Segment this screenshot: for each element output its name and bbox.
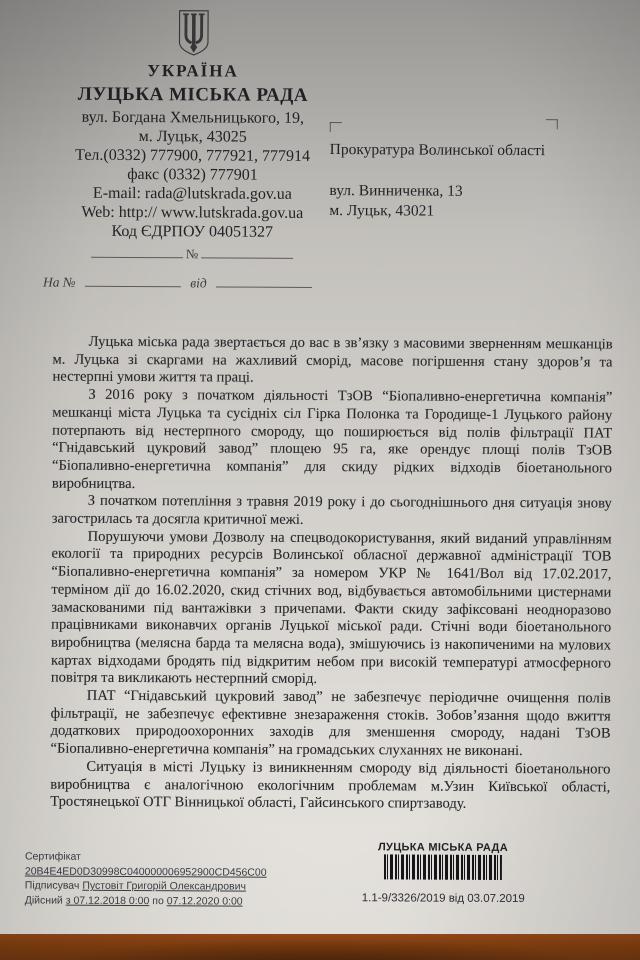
photographed-document: УКРАЇНА ЛУЦЬКА МІСЬКА РАДА вул. Богдана …	[0, 0, 640, 960]
paragraph: З початком потепління з травня 2019 року…	[52, 493, 612, 531]
letterhead-email: E-mail: rada@lutskrada.gov.ua	[29, 183, 355, 204]
letterhead-edrpou: Код ЄДРПОУ 04051327	[29, 221, 355, 242]
from-label: від	[190, 275, 207, 290]
organization-name: ЛУЦЬКА МІСЬКА РАДА	[30, 83, 356, 107]
signer-name: Пустовіт Григорій Олександрович	[82, 880, 246, 893]
paragraph: ПАТ “Гнідавський цукровий завод” не забе…	[50, 688, 610, 762]
paragraph: Порушуючи умови Дозволу на спецводокорис…	[51, 528, 612, 690]
certificate-number: 20B4E4ED0D30998C040000006952900CD456C00	[25, 864, 267, 880]
letter-body: Луцька міська рада звертається до вас в …	[50, 334, 612, 815]
signer-line: Підписувач Пустовіт Григорій Олександров…	[25, 878, 267, 894]
letterhead: УКРАЇНА ЛУЦЬКА МІСЬКА РАДА вул. Богдана …	[29, 8, 356, 292]
barcode	[384, 854, 502, 880]
paragraph: Луцька міська рада звертається до вас в …	[52, 334, 612, 390]
blank-line	[91, 246, 183, 258]
letterhead-street: вул. Богдана Хмельницького, 19,	[30, 107, 356, 128]
signer-label: Підписувач	[25, 879, 80, 891]
registration-number: 1.1-9/3326/2019 від 03.07.2019	[358, 892, 528, 905]
crop-mark-right-icon	[546, 119, 558, 129]
recipient-street: вул. Винниченка, 13	[329, 181, 565, 202]
valid-from: з 07.12.2018 0:00	[66, 894, 150, 906]
certificate-label: Сертифікат	[25, 849, 267, 865]
registration-stamp: ЛУЦЬКА МІСЬКА РАДА 1.1-9/3326/2019 від 0…	[358, 841, 528, 905]
blank-line	[202, 246, 294, 258]
recipient-city: м. Луцьк, 43021	[329, 201, 565, 222]
recipient-block: Прокуратура Волинської області вул. Винн…	[329, 118, 566, 222]
country-name: УКРАЇНА	[30, 60, 356, 82]
valid-label: Дійсний	[25, 894, 63, 906]
paragraph: З 2016 року з початком діяльності ТзОВ “…	[52, 387, 613, 496]
validity-line: Дійсний з 07.12.2018 0:00 по 07.12.2020 …	[25, 893, 267, 909]
letterhead-phone: Тел.(0332) 777900, 777921, 777914	[30, 145, 356, 166]
valid-to: 07.12.2020 0:00	[167, 895, 243, 907]
blank-line	[85, 275, 181, 288]
ukraine-trident-coat-of-arms-icon	[177, 9, 210, 56]
recipient-name: Прокуратура Волинської області	[330, 140, 566, 161]
letterhead-fax: факс (0332) 777901	[29, 164, 355, 185]
paragraph: Ситуація в місті Луцьку із виникненням с…	[50, 758, 610, 814]
stamp-organization: ЛУЦЬКА МІСЬКА РАДА	[358, 841, 528, 854]
paper-sheet: УКРАЇНА ЛУЦЬКА МІСЬКА РАДА вул. Богдана …	[0, 0, 640, 934]
blank-line	[216, 275, 312, 288]
incoming-ref-row: На № від	[29, 274, 355, 292]
official-letter: УКРАЇНА ЛУЦЬКА МІСЬКА РАДА вул. Богдана …	[0, 0, 640, 936]
valid-to-label: по	[152, 895, 164, 907]
digital-signature-certificate: Сертифікат 20B4E4ED0D30998C0400000069529…	[25, 849, 267, 908]
table-surface	[0, 934, 640, 960]
on-ref-label: На №	[43, 275, 76, 290]
letterhead-web: Web: http:// www.lutskrada.gov.ua	[29, 202, 355, 223]
number-symbol: №	[186, 246, 198, 261]
crop-mark-left-icon	[330, 122, 342, 132]
outgoing-ref-row: №	[29, 245, 355, 263]
letterhead-city: м. Луцьк, 43025	[30, 126, 356, 147]
